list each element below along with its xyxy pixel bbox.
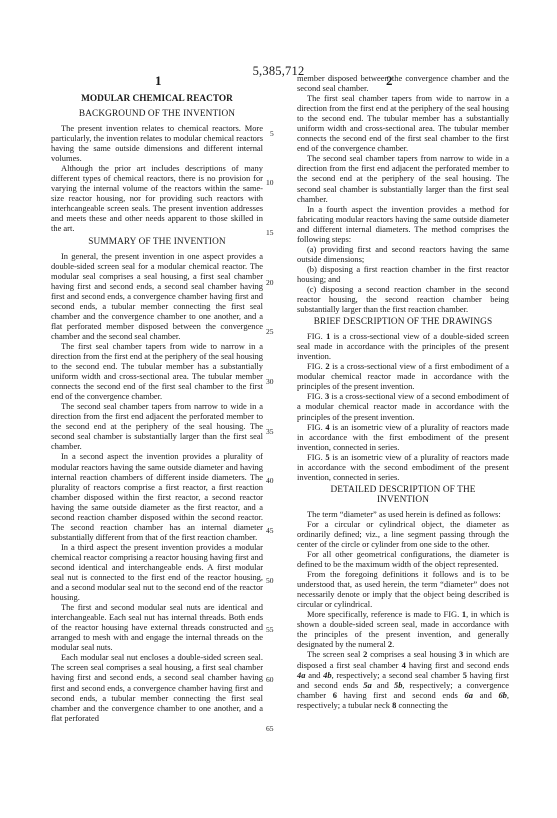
line-number: 5: [270, 129, 274, 138]
text: comprises a seal housing: [367, 649, 459, 659]
fig-label: FIG.: [307, 452, 323, 462]
paragraph: The term “diameter” as used herein is de…: [297, 509, 509, 519]
fig-text: is an isometric view of a plurality of r…: [297, 452, 509, 482]
paragraph: The screen seal 2 comprises a seal housi…: [297, 649, 509, 709]
paragraph: For all other geometrical configurations…: [297, 549, 509, 569]
paragraph: In a second aspect the invention provide…: [51, 451, 263, 541]
paragraph: In a third aspect the present invention …: [51, 542, 263, 602]
line-number: 20: [266, 278, 274, 287]
text: , respectively; a second seal chamber: [332, 670, 463, 680]
line-number: 35: [266, 427, 274, 436]
text: connecting the: [396, 700, 448, 710]
paragraph: From the foregoing definitions it follow…: [297, 569, 509, 609]
paragraph: In general, the present invention in one…: [51, 251, 263, 341]
fig-text: is an isometric view of a plurality of r…: [297, 422, 509, 452]
heading-line: DETAILED DESCRIPTION OF THE: [330, 485, 475, 495]
paragraph: The first seal chamber tapers from wide …: [297, 93, 509, 153]
paragraph: In a fourth aspect the invention provide…: [297, 204, 509, 244]
paragraph: Although the prior art includes descript…: [51, 163, 263, 233]
text: The screen seal: [307, 649, 363, 659]
column-number-left: 1: [155, 73, 162, 89]
text: having first and second ends: [337, 690, 465, 700]
ref-number: 6b: [498, 690, 506, 700]
line-number: 25: [266, 327, 274, 336]
line-number: 45: [266, 526, 274, 535]
paragraph: For a circular or cylindrical object, th…: [297, 519, 509, 549]
document-title: MODULAR CHEMICAL REACTOR: [51, 94, 263, 105]
fig-label: FIG.: [307, 391, 323, 401]
fig-label: FIG.: [307, 331, 323, 341]
figure-description: FIG. 2 is a cross-sectional view of a fi…: [297, 361, 509, 391]
line-number: 65: [266, 724, 274, 733]
left-column: MODULAR CHEMICAL REACTOR BACKGROUND OF T…: [51, 92, 263, 723]
figure-description: FIG. 3 is a cross-sectional view of a se…: [297, 391, 509, 421]
paragraph: Each modular seal nut encloses a double-…: [51, 652, 263, 722]
line-number: 50: [266, 576, 274, 585]
paragraph: The first and second modular seal nuts a…: [51, 602, 263, 652]
fig-label: FIG.: [307, 422, 323, 432]
paragraph: More specifically, reference is made to …: [297, 609, 509, 649]
fig-text: is a cross-sectional view of a second em…: [297, 391, 509, 421]
section-heading-summary: SUMMARY OF THE INVENTION: [51, 237, 263, 248]
text: and: [305, 670, 323, 680]
line-number: 60: [266, 675, 274, 684]
method-step-b: (b) disposing a first reaction chamber i…: [297, 264, 509, 284]
heading-line: INVENTION: [377, 495, 429, 505]
figure-description: FIG. 5 is an isometric view of a plurali…: [297, 452, 509, 482]
line-number: 30: [266, 377, 274, 386]
method-step-c: (c) disposing a second reaction chamber …: [297, 284, 509, 314]
section-heading-background: BACKGROUND OF THE INVENTION: [51, 109, 263, 120]
ref-number: 6a: [465, 690, 473, 700]
paragraph: The first seal chamber tapers from wide …: [51, 341, 263, 401]
text: and: [372, 680, 394, 690]
line-number: 55: [266, 625, 274, 634]
fig-label: FIG.: [307, 361, 323, 371]
text: .: [392, 639, 394, 649]
ref-number: 4b: [323, 670, 331, 680]
line-number: 10: [266, 178, 274, 187]
paragraph: The present invention relates to chemica…: [51, 123, 263, 163]
figure-description: FIG. 4 is an isometric view of a plurali…: [297, 422, 509, 452]
figure-description: FIG. 1 is a cross-sectional view of a do…: [297, 331, 509, 361]
ref-number: 5a: [363, 680, 371, 690]
line-number: 15: [266, 228, 274, 237]
text: and: [473, 690, 499, 700]
paragraph: The second seal chamber tapers from narr…: [51, 401, 263, 451]
paragraph: The second seal chamber tapers from narr…: [297, 153, 509, 203]
line-number: 40: [266, 476, 274, 485]
fig-text: is a cross-sectional view of a first emb…: [297, 361, 509, 391]
section-heading-drawings: BRIEF DESCRIPTION OF THE DRAWINGS: [297, 317, 509, 328]
text: having first and second ends: [406, 660, 509, 670]
right-column: member disposed between the convergence …: [297, 73, 509, 710]
section-heading-detailed: DETAILED DESCRIPTION OF THEINVENTION: [297, 485, 509, 506]
text: More specifically, reference is made to …: [307, 609, 462, 619]
paragraph: member disposed between the convergence …: [297, 73, 509, 93]
method-step-a: (a) providing first and second reactors …: [297, 244, 509, 264]
